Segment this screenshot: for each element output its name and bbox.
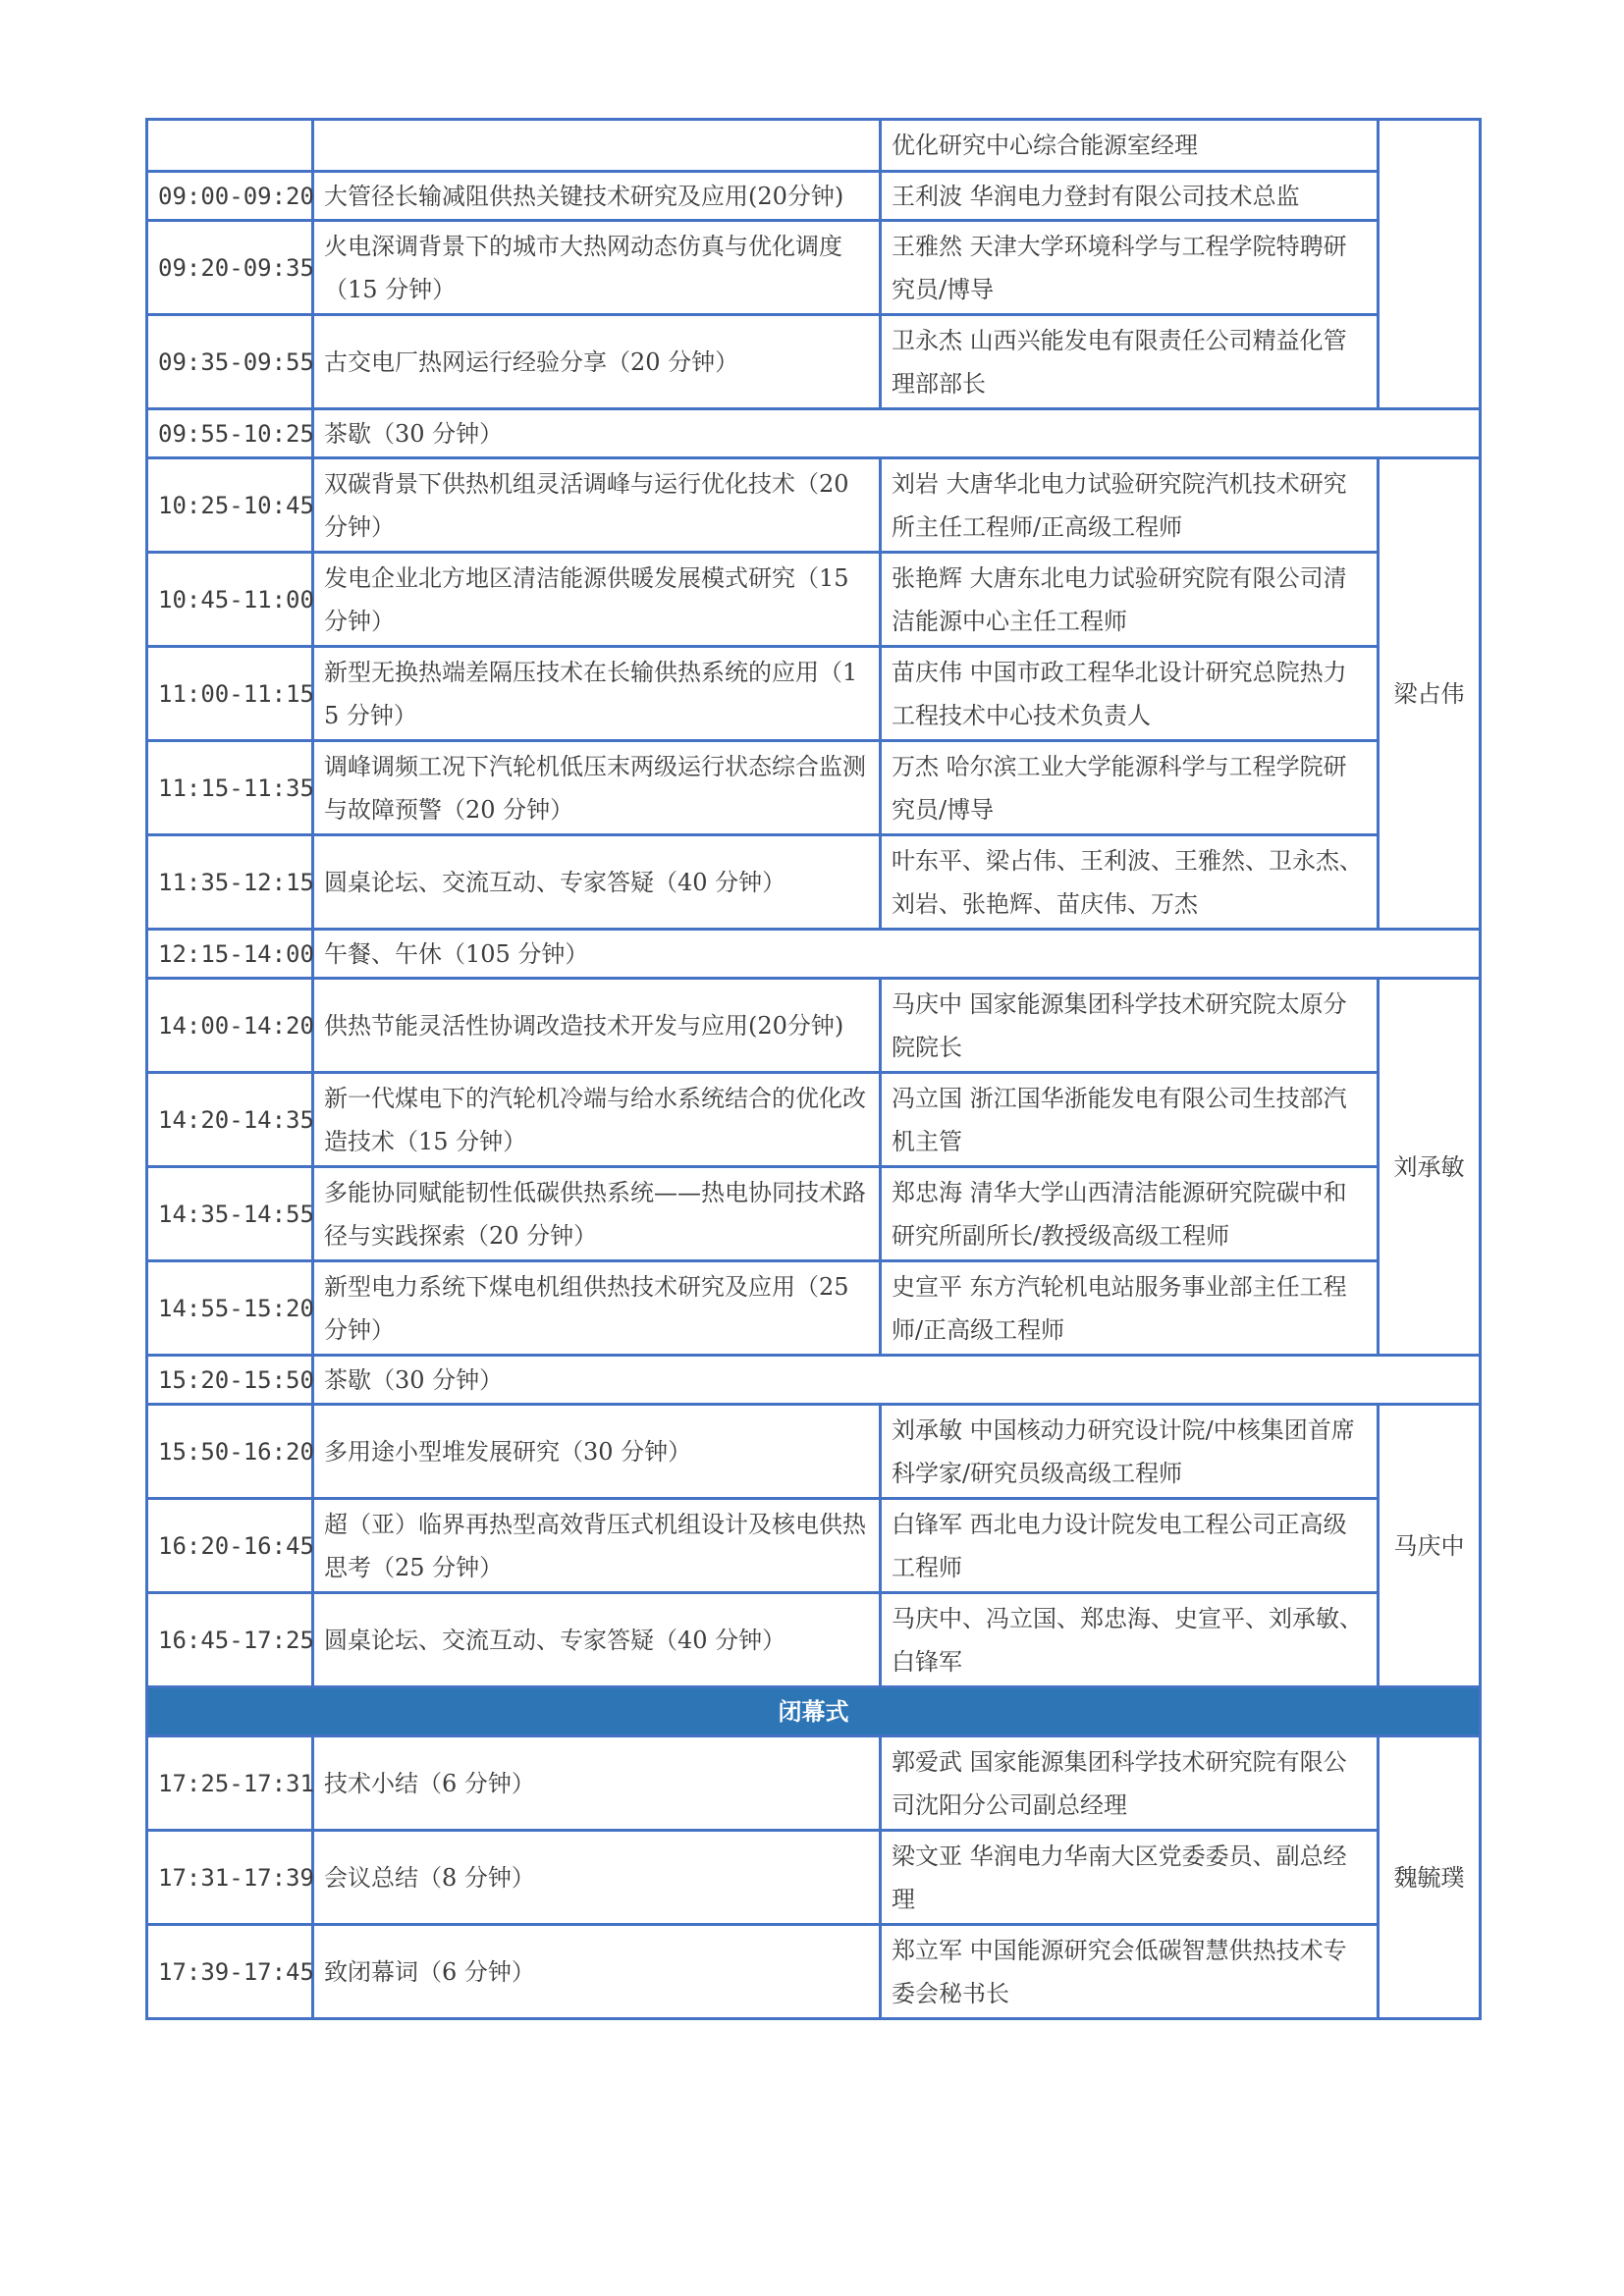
agenda-row: 15:50-16:20 多用途小型堆发展研究（30 分钟） 刘承敏 中国核动力研… <box>147 1405 1481 1499</box>
topic-cell: 多用途小型堆发展研究（30 分钟） <box>313 1405 881 1499</box>
topic-cell: 会议总结（8 分钟） <box>313 1831 881 1925</box>
speaker-cell: 马庆中 国家能源集团科学技术研究院太原分院院长 <box>881 979 1379 1073</box>
topic-cell: 双碳背景下供热机组灵活调峰与运行优化技术（20 分钟） <box>313 458 881 553</box>
time-cell: 09:20-09:35 <box>147 221 313 315</box>
speaker-cell: 王雅然 天津大学环境科学与工程学院特聘研究员/博导 <box>881 221 1379 315</box>
time-cell <box>147 120 313 172</box>
agenda-row: 16:45-17:25 圆桌论坛、交流互动、专家答疑（40 分钟） 马庆中、冯立… <box>147 1593 1481 1687</box>
topic-cell: 供热节能灵活性协调改造技术开发与应用(20分钟) <box>313 979 881 1073</box>
time-cell: 14:00-14:20 <box>147 979 313 1073</box>
agenda-row: 16:20-16:45 超（亚）临界再热型高效背压式机组设计及核电供热思考（25… <box>147 1499 1481 1593</box>
topic-cell: 发电企业北方地区清洁能源供暖发展模式研究（15 分钟） <box>313 553 881 647</box>
agenda-row: 14:55-15:20 新型电力系统下煤电机组供热技术研究及应用（25 分钟） … <box>147 1261 1481 1356</box>
speaker-cell: 优化研究中心综合能源室经理 <box>881 120 1379 172</box>
time-cell: 15:20-15:50 <box>147 1356 313 1405</box>
speaker-cell: 郑立军 中国能源研究会低碳智慧供热技术专委会秘书长 <box>881 1925 1379 2019</box>
speaker-cell: 白锋军 西北电力设计院发电工程公司正高级工程师 <box>881 1499 1379 1593</box>
topic-cell: 火电深调背景下的城市大热网动态仿真与优化调度（15 分钟） <box>313 221 881 315</box>
agenda-row: 10:25-10:45 双碳背景下供热机组灵活调峰与运行优化技术（20 分钟） … <box>147 458 1481 553</box>
moderator-cell: 魏毓璞 <box>1379 1736 1481 2019</box>
speaker-cell: 史宣平 东方汽轮机电站服务事业部主任工程师/正高级工程师 <box>881 1261 1379 1356</box>
speaker-cell: 苗庆伟 中国市政工程华北设计研究总院热力工程技术中心技术负责人 <box>881 647 1379 741</box>
time-cell: 09:35-09:55 <box>147 315 313 409</box>
topic-cell: 圆桌论坛、交流互动、专家答疑（40 分钟） <box>313 835 881 930</box>
time-cell: 10:25-10:45 <box>147 458 313 553</box>
topic-cell: 大管径长输减阻供热关键技术研究及应用(20分钟) <box>313 172 881 221</box>
time-cell: 14:35-14:55 <box>147 1167 313 1261</box>
topic-cell: 致闭幕词（6 分钟） <box>313 1925 881 2019</box>
speaker-cell: 张艳辉 大唐东北电力试验研究院有限公司清洁能源中心主任工程师 <box>881 553 1379 647</box>
agenda-row: 09:20-09:35 火电深调背景下的城市大热网动态仿真与优化调度（15 分钟… <box>147 221 1481 315</box>
speaker-cell: 郑忠海 清华大学山西清洁能源研究院碳中和研究所副所长/教授级高级工程师 <box>881 1167 1379 1261</box>
time-cell: 11:00-11:15 <box>147 647 313 741</box>
time-cell: 17:39-17:45 <box>147 1925 313 2019</box>
topic-cell: 超（亚）临界再热型高效背压式机组设计及核电供热思考（25 分钟） <box>313 1499 881 1593</box>
speaker-cell: 冯立国 浙江国华浙能发电有限公司生技部汽机主管 <box>881 1073 1379 1167</box>
time-cell: 17:25-17:31 <box>147 1736 313 1831</box>
agenda-row: 14:20-14:35 新一代煤电下的汽轮机冷端与给水系统结合的优化改造技术（1… <box>147 1073 1481 1167</box>
speaker-cell: 卫永杰 山西兴能发电有限责任公司精益化管理部部长 <box>881 315 1379 409</box>
agenda-table: 优化研究中心综合能源室经理 09:00-09:20 大管径长输减阻供热关键技术研… <box>145 118 1482 2020</box>
moderator-cell: 刘承敏 <box>1379 979 1481 1356</box>
moderator-cell: 梁占伟 <box>1379 458 1481 930</box>
speaker-cell: 刘岩 大唐华北电力试验研究院汽机技术研究所主任工程师/正高级工程师 <box>881 458 1379 553</box>
break-label: 茶歇（30 分钟） <box>313 409 1481 458</box>
agenda-row: 17:25-17:31 技术小结（6 分钟） 郭爱武 国家能源集团科学技术研究院… <box>147 1736 1481 1831</box>
agenda-row: 17:39-17:45 致闭幕词（6 分钟） 郑立军 中国能源研究会低碳智慧供热… <box>147 1925 1481 2019</box>
time-cell: 14:20-14:35 <box>147 1073 313 1167</box>
speaker-cell: 万杰 哈尔滨工业大学能源科学与工程学院研究员/博导 <box>881 741 1379 835</box>
break-row: 12:15-14:00 午餐、午休（105 分钟） <box>147 930 1481 979</box>
time-cell: 14:55-15:20 <box>147 1261 313 1356</box>
agenda-row: 09:35-09:55 古交电厂热网运行经验分享（20 分钟） 卫永杰 山西兴能… <box>147 315 1481 409</box>
topic-cell: 多能协同赋能韧性低碳供热系统——热电协同技术路径与实践探索（20 分钟） <box>313 1167 881 1261</box>
moderator-cell <box>1379 120 1481 409</box>
topic-cell: 新型无换热端差隔压技术在长输供热系统的应用（15 分钟） <box>313 647 881 741</box>
time-cell: 12:15-14:00 <box>147 930 313 979</box>
speaker-cell: 刘承敏 中国核动力研究设计院/中核集团首席科学家/研究员级高级工程师 <box>881 1405 1379 1499</box>
topic-cell: 古交电厂热网运行经验分享（20 分钟） <box>313 315 881 409</box>
agenda-row: 10:45-11:00 发电企业北方地区清洁能源供暖发展模式研究（15 分钟） … <box>147 553 1481 647</box>
speaker-cell: 马庆中、冯立国、郑忠海、史宣平、刘承敏、白锋军 <box>881 1593 1379 1687</box>
speaker-cell: 梁文亚 华润电力华南大区党委委员、副总经理 <box>881 1831 1379 1925</box>
time-cell: 09:00-09:20 <box>147 172 313 221</box>
speaker-cell: 叶东平、梁占伟、王利波、王雅然、卫永杰、刘岩、张艳辉、苗庆伟、万杰 <box>881 835 1379 930</box>
section-title: 闭幕式 <box>147 1687 1481 1736</box>
break-row: 09:55-10:25 茶歇（30 分钟） <box>147 409 1481 458</box>
agenda-row: 11:15-11:35 调峰调频工况下汽轮机低压末两级运行状态综合监测与故障预警… <box>147 741 1481 835</box>
time-cell: 16:20-16:45 <box>147 1499 313 1593</box>
moderator-cell: 马庆中 <box>1379 1405 1481 1687</box>
break-row: 15:20-15:50 茶歇（30 分钟） <box>147 1356 1481 1405</box>
time-cell: 17:31-17:39 <box>147 1831 313 1925</box>
agenda-row: 优化研究中心综合能源室经理 <box>147 120 1481 172</box>
speaker-cell: 王利波 华润电力登封有限公司技术总监 <box>881 172 1379 221</box>
topic-cell <box>313 120 881 172</box>
agenda-row: 17:31-17:39 会议总结（8 分钟） 梁文亚 华润电力华南大区党委委员、… <box>147 1831 1481 1925</box>
time-cell: 11:15-11:35 <box>147 741 313 835</box>
break-label: 午餐、午休（105 分钟） <box>313 930 1481 979</box>
topic-cell: 技术小结（6 分钟） <box>313 1736 881 1831</box>
speaker-cell: 郭爱武 国家能源集团科学技术研究院有限公司沈阳分公司副总经理 <box>881 1736 1379 1831</box>
time-cell: 16:45-17:25 <box>147 1593 313 1687</box>
agenda-row: 14:00-14:20 供热节能灵活性协调改造技术开发与应用(20分钟) 马庆中… <box>147 979 1481 1073</box>
time-cell: 09:55-10:25 <box>147 409 313 458</box>
agenda-row: 11:00-11:15 新型无换热端差隔压技术在长输供热系统的应用（15 分钟）… <box>147 647 1481 741</box>
agenda-row: 11:35-12:15 圆桌论坛、交流互动、专家答疑（40 分钟） 叶东平、梁占… <box>147 835 1481 930</box>
time-cell: 10:45-11:00 <box>147 553 313 647</box>
topic-cell: 圆桌论坛、交流互动、专家答疑（40 分钟） <box>313 1593 881 1687</box>
agenda-row: 09:00-09:20 大管径长输减阻供热关键技术研究及应用(20分钟) 王利波… <box>147 172 1481 221</box>
topic-cell: 调峰调频工况下汽轮机低压末两级运行状态综合监测与故障预警（20 分钟） <box>313 741 881 835</box>
break-label: 茶歇（30 分钟） <box>313 1356 1481 1405</box>
topic-cell: 新型电力系统下煤电机组供热技术研究及应用（25 分钟） <box>313 1261 881 1356</box>
time-cell: 11:35-12:15 <box>147 835 313 930</box>
closing-ceremony-header: 闭幕式 <box>147 1687 1481 1736</box>
time-cell: 15:50-16:20 <box>147 1405 313 1499</box>
topic-cell: 新一代煤电下的汽轮机冷端与给水系统结合的优化改造技术（15 分钟） <box>313 1073 881 1167</box>
agenda-row: 14:35-14:55 多能协同赋能韧性低碳供热系统——热电协同技术路径与实践探… <box>147 1167 1481 1261</box>
